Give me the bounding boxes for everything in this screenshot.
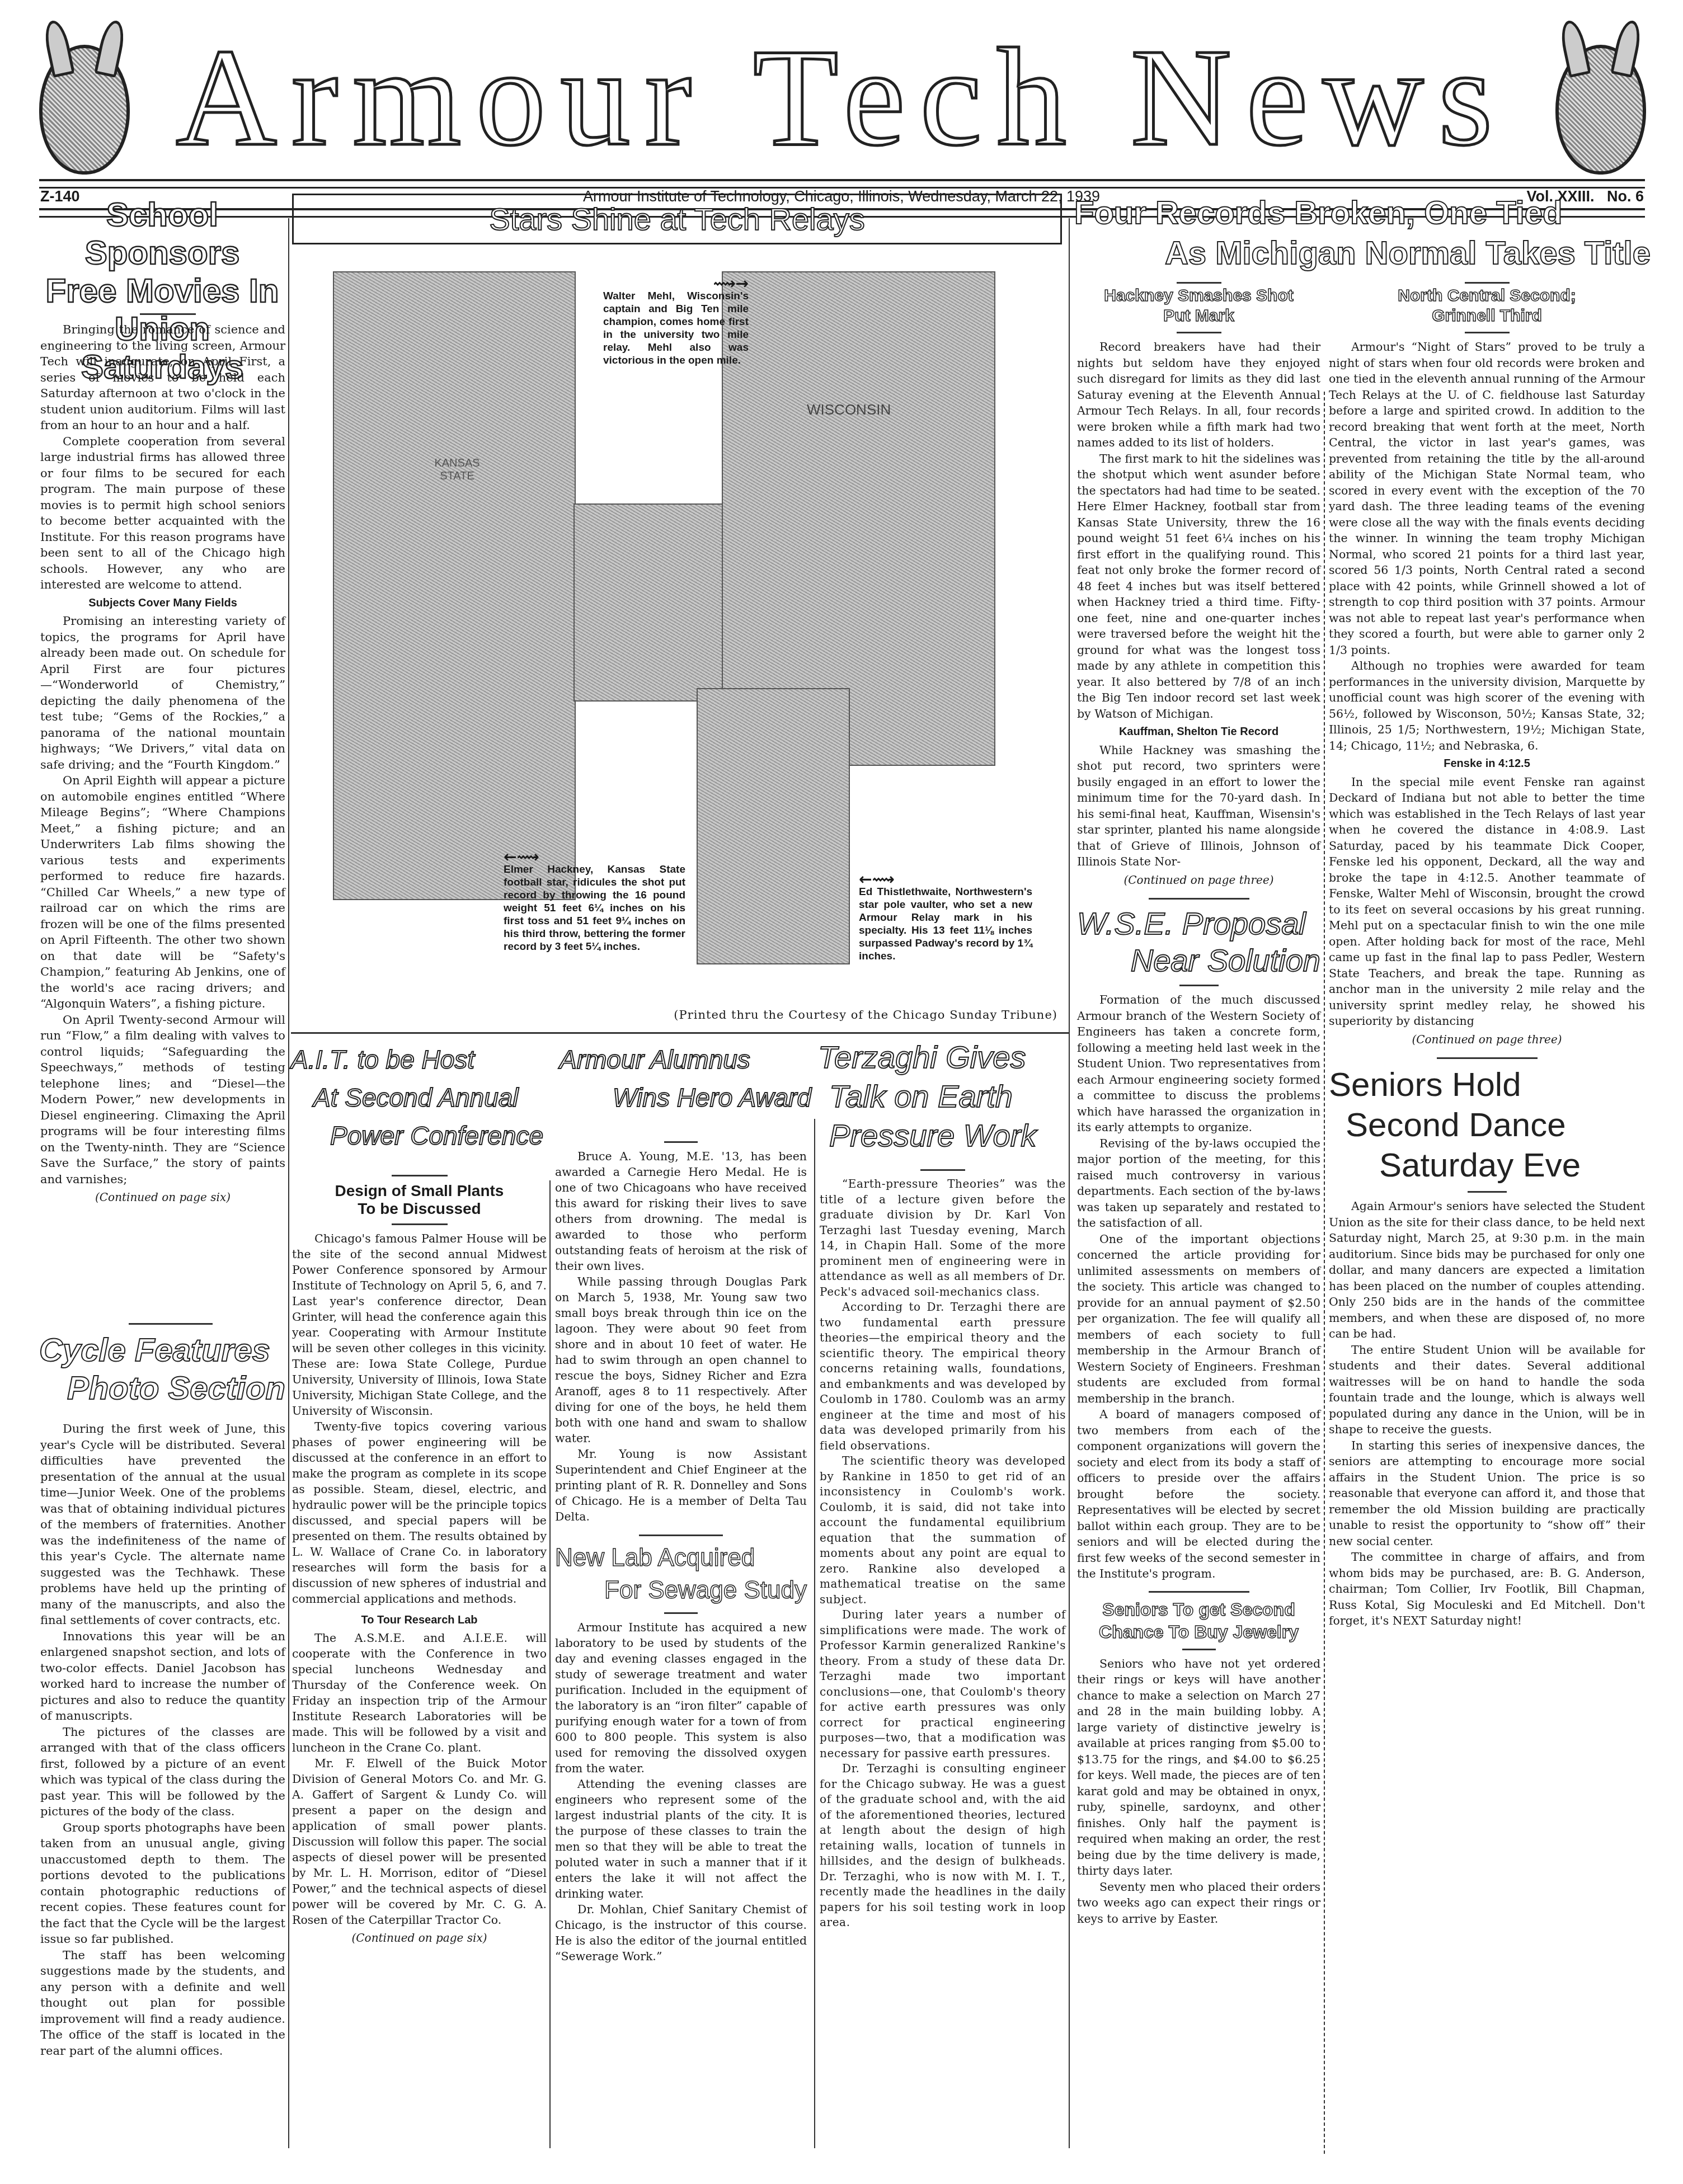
column-divider [1069,218,1070,2148]
divider [140,313,196,315]
records-left-body: Hackney Smashes Shot Put Mark Record bre… [1077,280,1320,1927]
north-central-subhead: North Central Second; Grinnell Third [1329,286,1645,326]
divider [1179,985,1219,986]
alumnus-headline: Armour Alumnus Wins Hero Award [554,1041,811,1117]
caption-mehl: ⟿→ Walter Mehl, Wisconsin's captain and … [603,277,749,367]
divider [392,1223,448,1225]
photo-hackney: KANSAS STATE [333,271,576,900]
cycle-body: During the first week of June, this year… [40,1421,285,2059]
column-divider [549,1180,551,2148]
continued-link[interactable]: (Continued on page six) [40,1189,285,1206]
terzaghi-body: “Earth-pressure Theories” was the title … [820,1164,1066,1931]
dance-headline: Seniors Hold Second Dance Saturday Eve [1329,1065,1645,1185]
power-headline: A.I.T. to be Host At Second Annual Power… [291,1041,548,1155]
photo-section-bottom-rule [291,1032,1069,1034]
arrow-left-icon: ←⟿ [859,873,1032,886]
divider [392,1175,448,1176]
masthead-top-rule [39,179,1645,189]
wse-headline: W.S.E. Proposal Near Solution [1077,905,1320,979]
subhead: To Tour Research Lab [292,1612,547,1628]
divider [664,1612,698,1614]
subhead: Kauffman, Shelton Tie Record [1077,724,1320,740]
divider [1149,1591,1249,1593]
photo-credit: (Printed thru the Courtesy of the Chicag… [643,1008,1057,1022]
masthead-title: Armour Tech News [0,22,1683,173]
divider [1177,332,1221,333]
divider [1468,1191,1507,1193]
divider [920,1169,965,1171]
column-divider [814,1119,815,2148]
subhead: Fenske in 4:12.5 [1329,756,1645,772]
continued-link[interactable]: (Continued on page six) [292,1930,547,1946]
subhead: Subjects Cover Many Fields [40,595,285,611]
divider [1177,282,1221,284]
column-divider [1324,392,1325,2154]
divider [1465,332,1510,333]
power-body: Design of Small Plants To be Discussed C… [292,1169,547,1946]
divider [1182,1649,1216,1650]
photo-thistlethwaite [697,688,850,964]
divider [1437,1057,1538,1059]
divider [1465,282,1510,284]
terzaghi-headline: Terzaghi Gives Talk on Earth Pressure Wo… [818,1038,1067,1155]
relays-headline-box: Stars Shine at Tech Relays [292,194,1062,244]
divider [639,1535,723,1536]
relays-headline: Stars Shine at Tech Relays [294,195,1060,243]
hackney-subhead: Hackney Smashes Shot Put Mark [1077,286,1320,326]
subhead: Design of Small Plants To be Discussed [292,1182,547,1218]
movies-body: Bringing the romance of science and engi… [40,322,285,1206]
divider [1149,898,1249,900]
cycle-headline: Cycle Features Photo Section [39,1331,285,1408]
column-divider [288,218,289,2148]
arrow-right-icon: ⟿→ [603,277,749,290]
continued-link[interactable]: (Continued on page three) [1077,872,1320,888]
caption-thistlethwaite: ←⟿ Ed Thistlethwaite, Northwestern's sta… [859,873,1032,963]
divider [664,1141,698,1143]
alumnus-body: Bruce A. Young, M.E. '13, has been award… [555,1136,807,1964]
lab-headline: New Lab Acquired For Sewage Study [555,1542,807,1607]
caption-hackney: ←⟿ Elmer Hackney, Kansas State football … [504,850,685,953]
jewelry-headline: Seniors To get Second Chance To Buy Jewe… [1077,1598,1320,1643]
records-right-body: North Central Second; Grinnell Third Arm… [1329,280,1645,1629]
continued-link[interactable]: (Continued on page three) [1329,1032,1645,1048]
arrow-left-icon: ←⟿ [504,850,685,863]
divider [129,1323,213,1325]
records-headline: Four Records Broken, One Tied As Michiga… [1074,193,1651,274]
